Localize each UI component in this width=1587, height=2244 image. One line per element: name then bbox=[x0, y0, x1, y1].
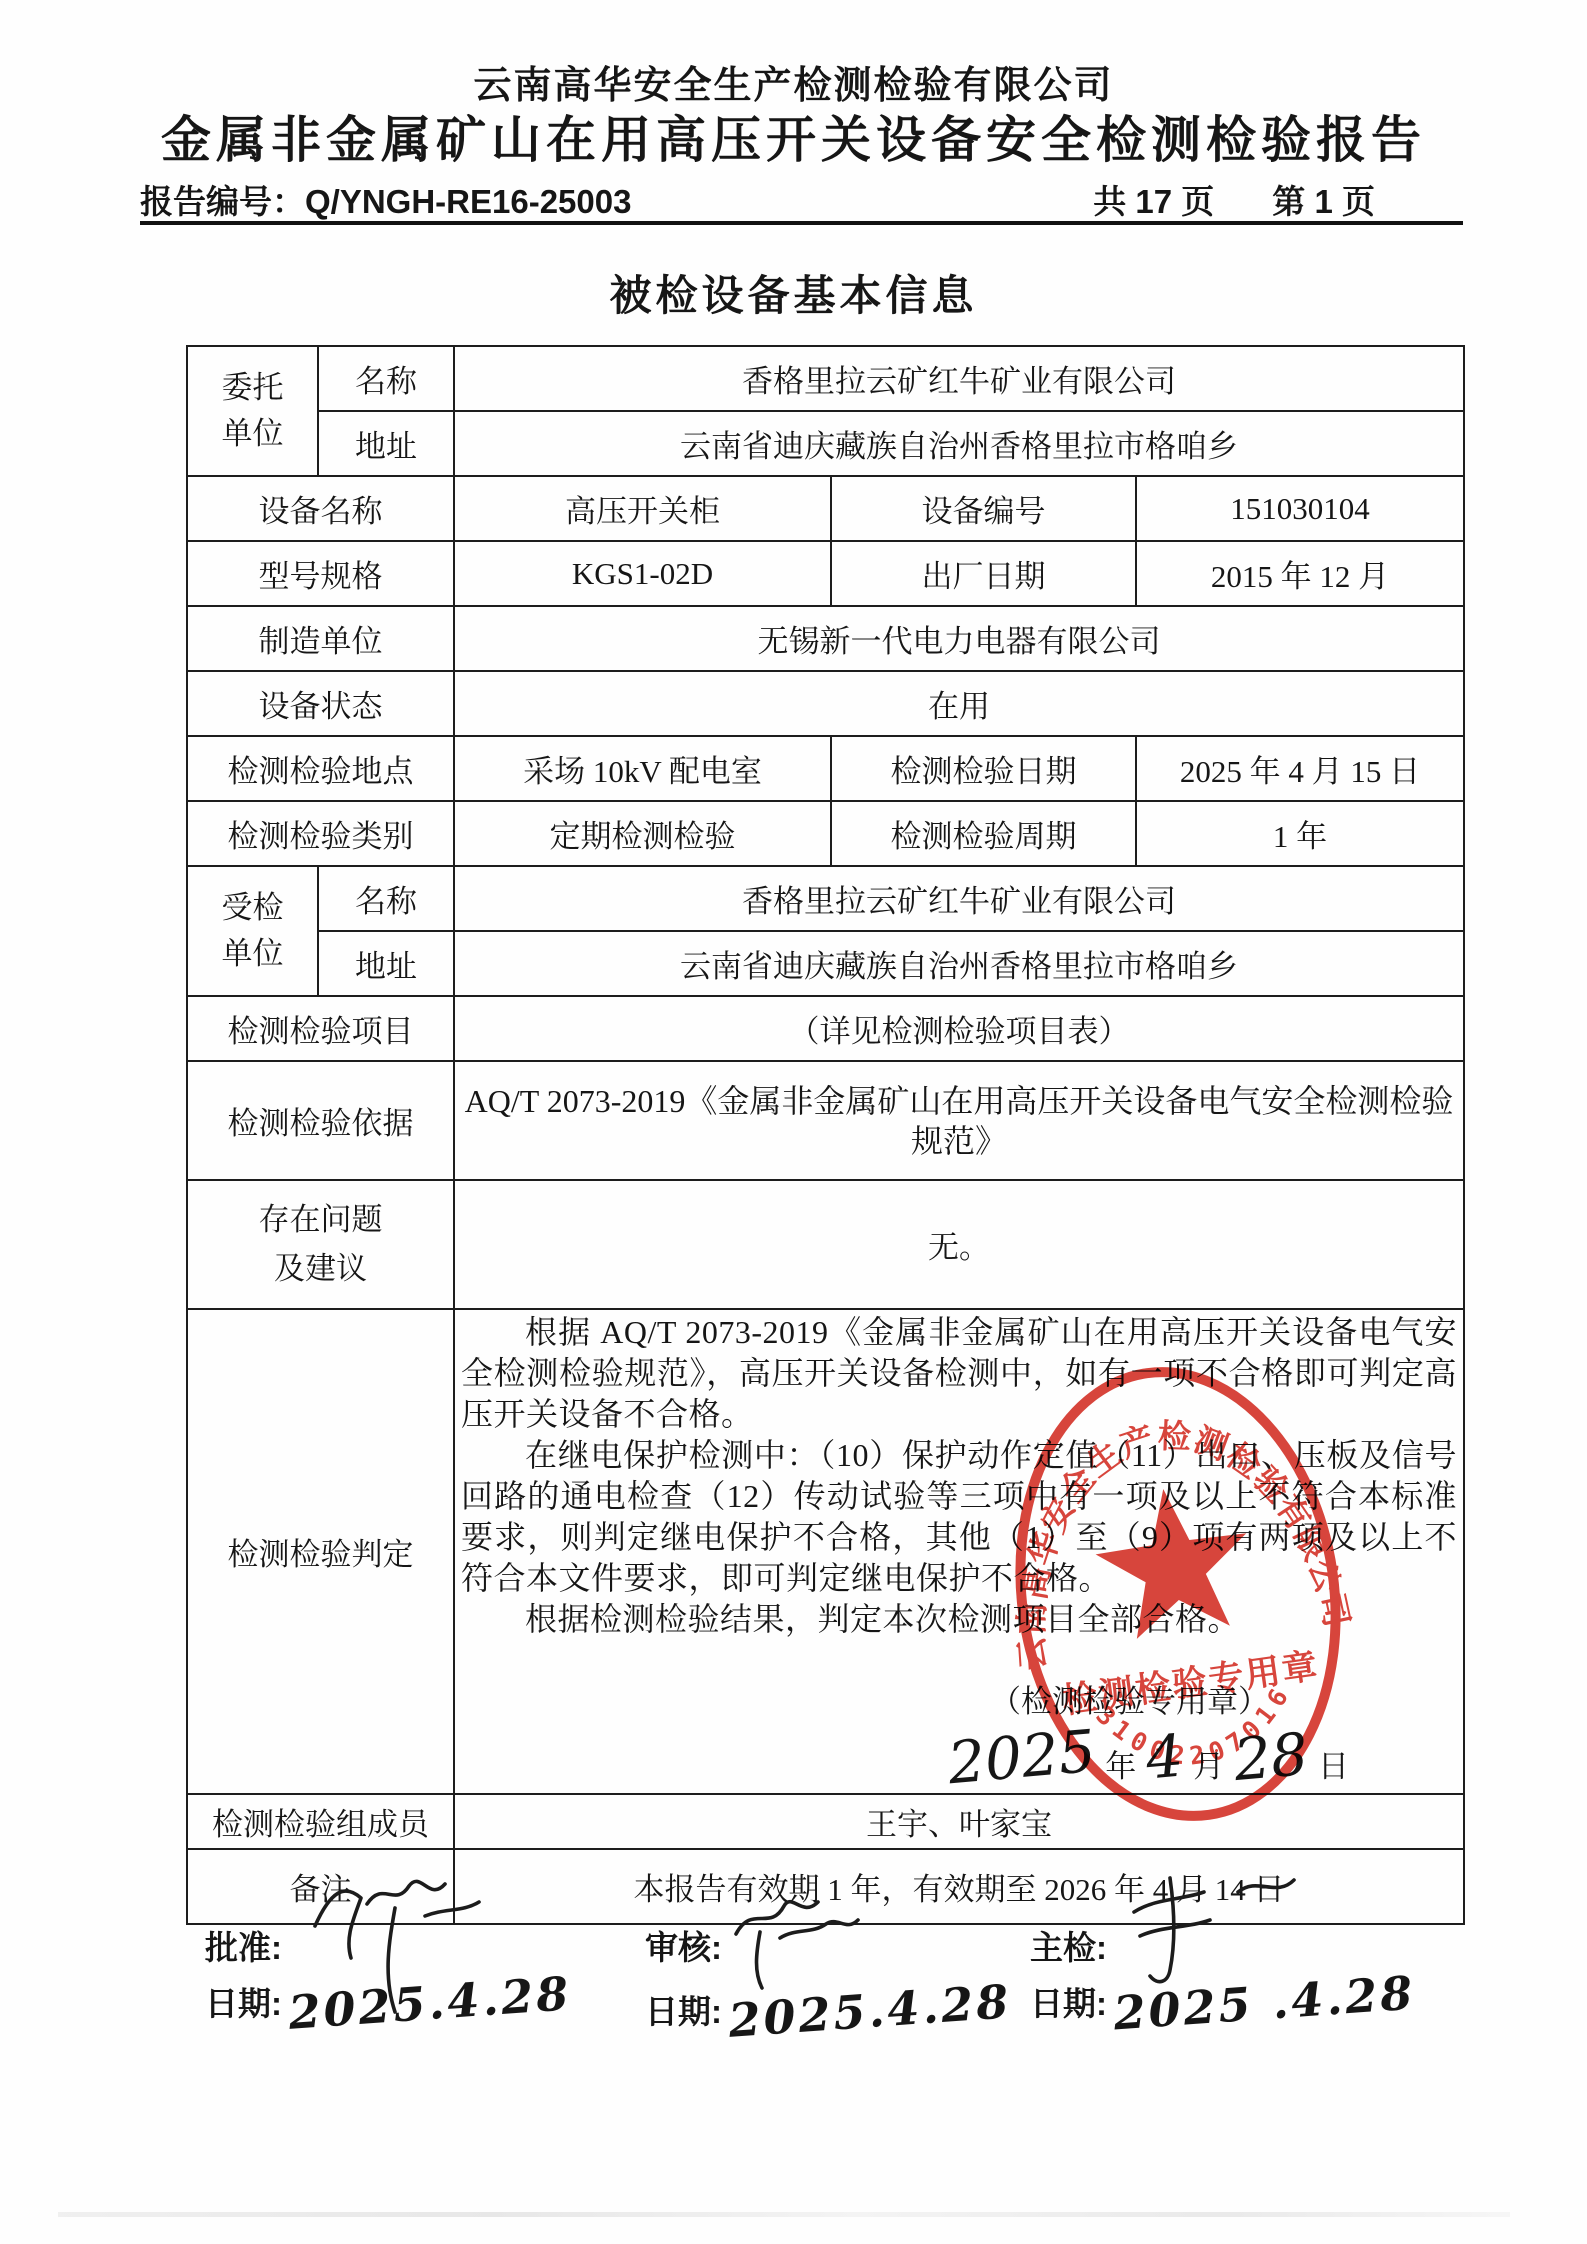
row-label-client-name: 名称 bbox=[318, 346, 454, 411]
table-row: 地址 云南省迪庆藏族自治州香格里拉市格咱乡 bbox=[187, 411, 1464, 476]
row-label-items: 检测检验项目 bbox=[187, 996, 454, 1061]
table-row: 型号规格 KGS1-02D 出厂日期 2015 年 12 月 bbox=[187, 541, 1464, 606]
current-page: 第 1 页 bbox=[1272, 176, 1375, 223]
review-date-label: 日期: bbox=[645, 1993, 722, 2030]
row-label-client-addr: 地址 bbox=[318, 411, 454, 476]
table-row: 地址 云南省迪庆藏族自治州香格里拉市格咱乡 bbox=[187, 931, 1464, 996]
row-label-client-group: 委托单位 bbox=[187, 346, 318, 476]
cell-insp-date: 2025 年 4 月 15 日 bbox=[1136, 736, 1464, 801]
row-label-device-name: 设备名称 bbox=[187, 476, 454, 541]
row-label-inspected-addr: 地址 bbox=[318, 931, 454, 996]
cell-device-name: 高压开关柜 bbox=[454, 476, 831, 541]
row-label-inspected-name: 名称 bbox=[318, 866, 454, 931]
cell-status: 在用 bbox=[454, 671, 1464, 736]
report-page: 云南高华安全生产检测检验有限公司 金属非金属矿山在用高压开关设备安全检测检验报告… bbox=[0, 0, 1587, 2244]
cell-category: 定期检测检验 bbox=[454, 801, 831, 866]
company-seal-graphic: 云南高华安全生产检测检验有限公司 检测检验专用章 31002207016 bbox=[977, 1337, 1379, 1852]
table-row: 委托单位 名称 香格里拉云矿红牛矿业有限公司 bbox=[187, 346, 1464, 411]
report-number: 报告编号：Q/YNGH-RE16-25003 bbox=[140, 176, 631, 223]
table-row: 设备状态 在用 bbox=[187, 671, 1464, 736]
row-label-status: 设备状态 bbox=[187, 671, 454, 736]
report-number-value: Q/YNGH-RE16-25003 bbox=[305, 183, 631, 220]
table-row: 检测检验项目 （详见检测检验项目表） bbox=[187, 996, 1464, 1061]
scan-artifact bbox=[58, 2212, 1510, 2217]
total-pages: 共 17 页 bbox=[1093, 176, 1214, 223]
header-divider bbox=[140, 221, 1463, 225]
cell-mfg-date: 2015 年 12 月 bbox=[1136, 541, 1464, 606]
row-label-location: 检测检验地点 bbox=[187, 736, 454, 801]
cell-manufacturer: 无锡新一代电力电器有限公司 bbox=[454, 606, 1464, 671]
table-row: 检测检验地点 采场 10kV 配电室 检测检验日期 2025 年 4 月 15 … bbox=[187, 736, 1464, 801]
row-label-team: 检测检验组成员 bbox=[187, 1794, 454, 1849]
row-label-inspected-group: 受检单位 bbox=[187, 866, 318, 996]
table-row: 制造单位 无锡新一代电力电器有限公司 bbox=[187, 606, 1464, 671]
row-label-mfg-date: 出厂日期 bbox=[831, 541, 1136, 606]
report-number-label: 报告编号： bbox=[140, 183, 305, 220]
cell-location: 采场 10kV 配电室 bbox=[454, 736, 831, 801]
chief-date-line: 日期:2025 .4.28 bbox=[1030, 1972, 1415, 2026]
table-row: 设备名称 高压开关柜 设备编号 151030104 bbox=[187, 476, 1464, 541]
approve-label: 批准: bbox=[205, 1922, 282, 1969]
chief-date-label: 日期: bbox=[1030, 1985, 1107, 2022]
cell-items: （详见检测检验项目表） bbox=[454, 996, 1464, 1061]
page-indicator: 共 17 页 第 1 页 bbox=[1093, 176, 1463, 223]
row-label-category: 检测检验类别 bbox=[187, 801, 454, 866]
row-label-device-no: 设备编号 bbox=[831, 476, 1136, 541]
review-label: 审核: bbox=[645, 1922, 722, 1969]
table-row: 受检单位 名称 香格里拉云矿红牛矿业有限公司 bbox=[187, 866, 1464, 931]
cell-inspected-name: 香格里拉云矿红牛矿业有限公司 bbox=[454, 866, 1464, 931]
report-meta-line: 报告编号：Q/YNGH-RE16-25003 共 17 页 第 1 页 bbox=[140, 176, 1463, 223]
chief-date-value: 2025 .4.28 bbox=[1112, 1966, 1417, 2041]
approve-date-line: 日期:2025.4.28 bbox=[205, 1972, 571, 2026]
table-row: 存在问题及建议 无。 bbox=[187, 1180, 1464, 1309]
cell-inspected-addr: 云南省迪庆藏族自治州香格里拉市格咱乡 bbox=[454, 931, 1464, 996]
section-title: 被检设备基本信息 bbox=[0, 263, 1587, 323]
table-row: 检测检验依据 AQ/T 2073-2019《金属非金属矿山在用高压开关设备电气安… bbox=[187, 1061, 1464, 1180]
company-seal: 云南高华安全生产检测检验有限公司 检测检验专用章 31002207016 bbox=[977, 1337, 1379, 1852]
review-date-line: 日期:2025.4.28 bbox=[645, 1980, 1011, 2034]
cell-device-no: 151030104 bbox=[1136, 476, 1464, 541]
report-title: 金属非金属矿山在用高压开关设备安全检测检验报告 bbox=[0, 100, 1587, 172]
row-label-model: 型号规格 bbox=[187, 541, 454, 606]
seal-star-icon bbox=[1088, 1478, 1259, 1642]
cell-client-addr: 云南省迪庆藏族自治州香格里拉市格咱乡 bbox=[454, 411, 1464, 476]
row-label-problems: 存在问题及建议 bbox=[187, 1180, 454, 1309]
row-label-cycle: 检测检验周期 bbox=[831, 801, 1136, 866]
cell-client-name: 香格里拉云矿红牛矿业有限公司 bbox=[454, 346, 1464, 411]
row-label-insp-date: 检测检验日期 bbox=[831, 736, 1136, 801]
cell-problems: 无。 bbox=[454, 1180, 1464, 1309]
approve-date-value: 2025.4.28 bbox=[287, 1966, 573, 2040]
cell-model: KGS1-02D bbox=[454, 541, 831, 606]
chief-label: 主检: bbox=[1030, 1922, 1107, 1969]
table-row: 检测检验类别 定期检测检验 检测检验周期 1 年 bbox=[187, 801, 1464, 866]
cell-basis: AQ/T 2073-2019《金属非金属矿山在用高压开关设备电气安全检测检验规范… bbox=[454, 1061, 1464, 1180]
approve-date-label: 日期: bbox=[205, 1985, 282, 2022]
row-label-basis: 检测检验依据 bbox=[187, 1061, 454, 1180]
cell-cycle: 1 年 bbox=[1136, 801, 1464, 866]
review-date-value: 2025.4.28 bbox=[727, 1974, 1013, 2048]
row-label-manufacturer: 制造单位 bbox=[187, 606, 454, 671]
row-label-verdict: 检测检验判定 bbox=[187, 1309, 454, 1794]
